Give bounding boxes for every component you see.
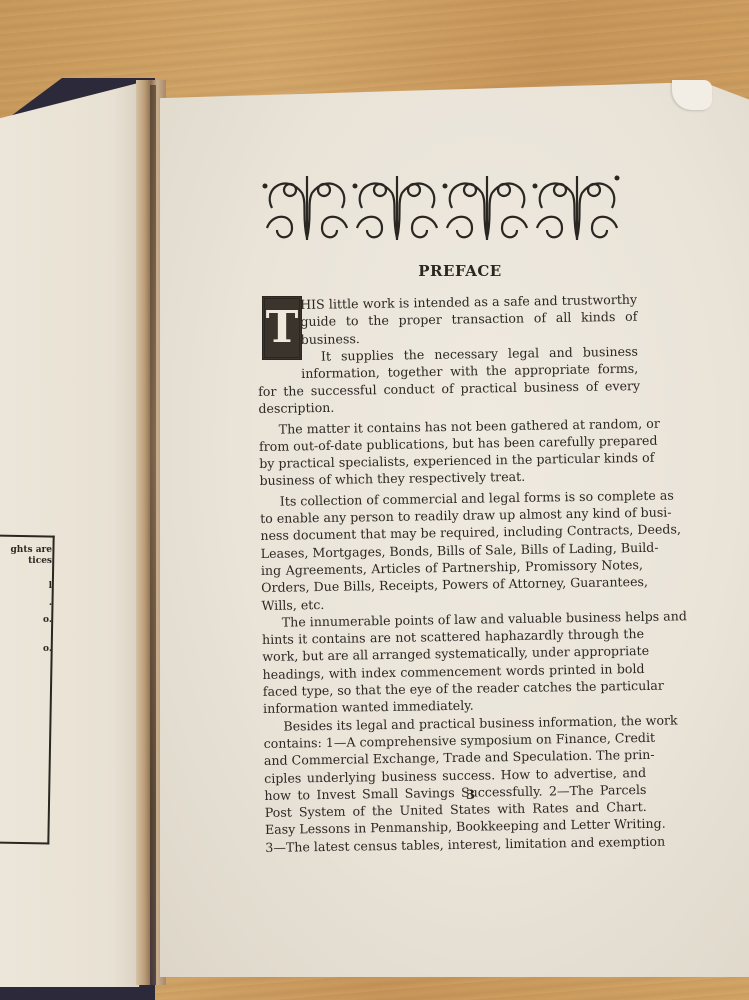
ornament-border-icon [262, 168, 622, 246]
preface-body: for the successful conduct of practical … [258, 377, 647, 856]
drop-cap: T [262, 296, 302, 360]
left-page-box-text: ghts are tices l . o. o. [0, 545, 52, 655]
page-number: 3 [466, 788, 475, 803]
page-title: PREFACE [260, 262, 660, 280]
spine-binding [150, 85, 156, 985]
preface-para-1-wrapped: HIS little work is intended as a safe an… [300, 291, 638, 383]
